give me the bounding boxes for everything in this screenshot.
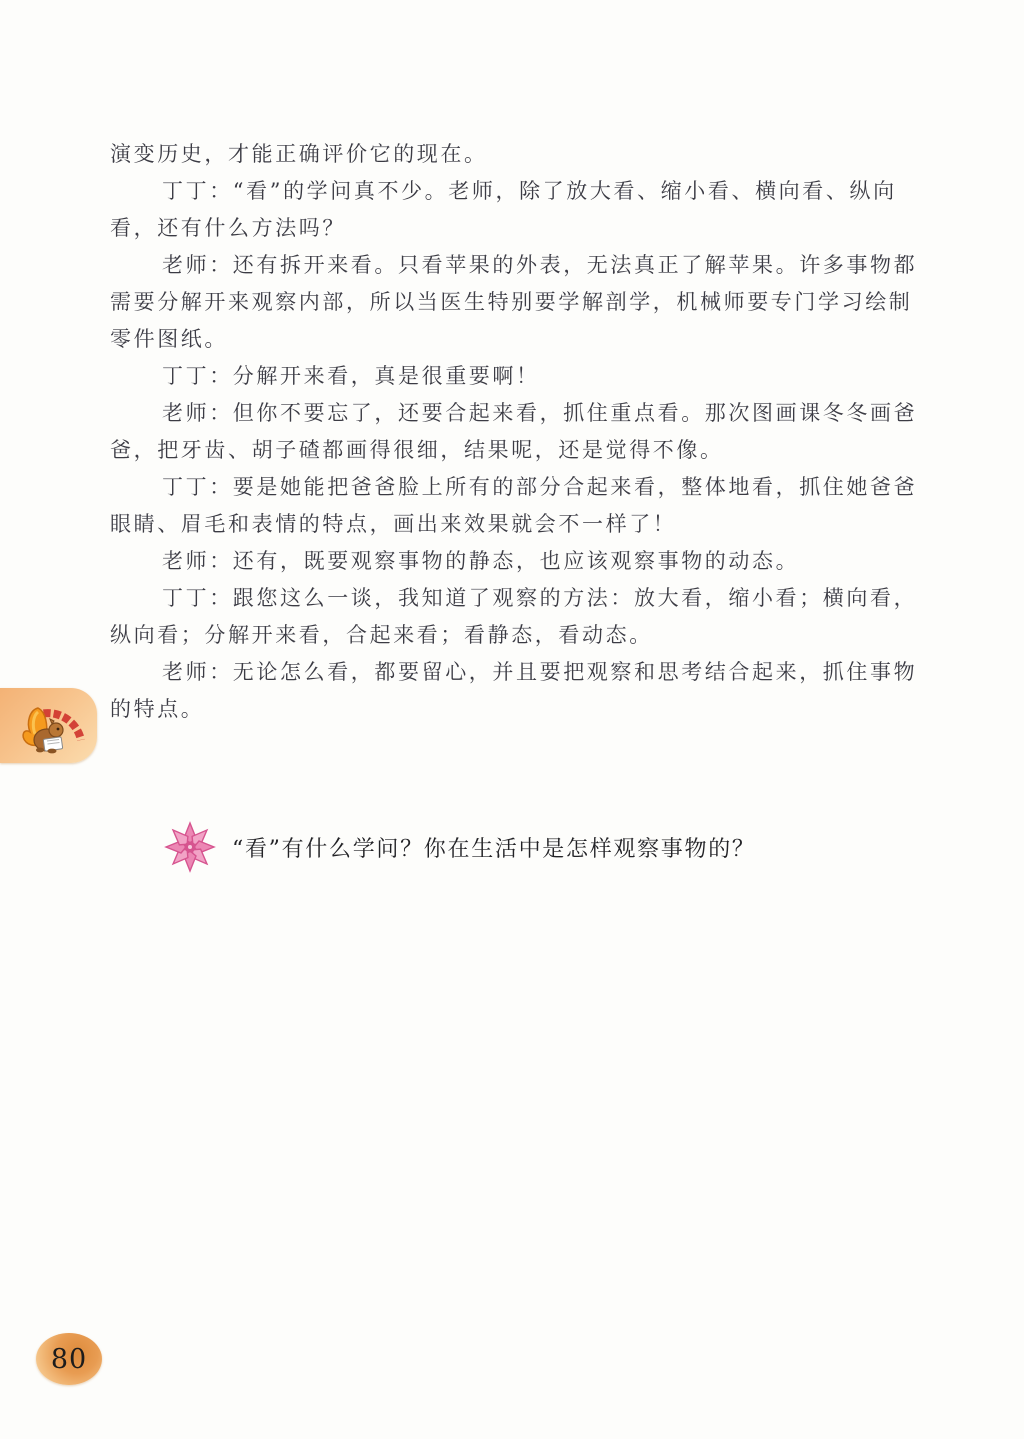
question-text: “看”有什么学问？你在生活中是怎样观察事物的？ — [232, 832, 756, 863]
text-line: 老师：但你不要忘了，还要合起来看，抓住重点看。那次图画课冬冬画爸 — [110, 395, 922, 432]
textbook-page: 演变历史，才能正确评价它的现在。丁丁：“看”的学问真不少。老师，除了放大看、缩小… — [0, 0, 1024, 1439]
margin-bookmark-tab — [0, 688, 97, 763]
lesson-text-block: 演变历史，才能正确评价它的现在。丁丁：“看”的学问真不少。老师，除了放大看、缩小… — [110, 136, 922, 728]
text-line: 老师：无论怎么看，都要留心，并且要把观察和思考结合起来，抓住事物 — [110, 654, 922, 691]
text-line: 的特点。 — [110, 691, 922, 728]
text-line: 看，还有什么方法吗？ — [110, 210, 922, 247]
flower-icon — [164, 821, 216, 873]
text-line: 眼睛、眉毛和表情的特点，画出来效果就会不一样了！ — [110, 506, 922, 543]
text-line: 零件图纸。 — [110, 321, 922, 358]
discussion-question: “看”有什么学问？你在生活中是怎样观察事物的？ — [164, 818, 756, 876]
text-line: 丁丁：要是她能把爸爸脸上所有的部分合起来看，整体地看，抓住她爸爸 — [110, 469, 922, 506]
text-line: 爸，把牙齿、胡子碴都画得很细，结果呢，还是觉得不像。 — [110, 432, 922, 469]
text-line: 丁丁：“看”的学问真不少。老师，除了放大看、缩小看、横向看、纵向 — [110, 173, 922, 210]
text-line: 丁丁：跟您这么一谈，我知道了观察的方法：放大看，缩小看；横向看， — [110, 580, 922, 617]
text-line: 丁丁：分解开来看，真是很重要啊！ — [110, 358, 922, 395]
text-line: 需要分解开来观察内部，所以当医生特别要学解剖学，机械师要专门学习绘制 — [110, 284, 922, 321]
page-number: 80 — [51, 1344, 87, 1375]
page-number-badge: 80 — [36, 1333, 102, 1385]
squirrel-mascot-icon — [0, 688, 97, 763]
text-line: 老师：还有，既要观察事物的静态，也应该观察事物的动态。 — [110, 543, 922, 580]
text-line: 纵向看；分解开来看，合起来看；看静态，看动态。 — [110, 617, 922, 654]
text-line: 演变历史，才能正确评价它的现在。 — [110, 136, 922, 173]
text-line: 老师：还有拆开来看。只看苹果的外表，无法真正了解苹果。许多事物都 — [110, 247, 922, 284]
